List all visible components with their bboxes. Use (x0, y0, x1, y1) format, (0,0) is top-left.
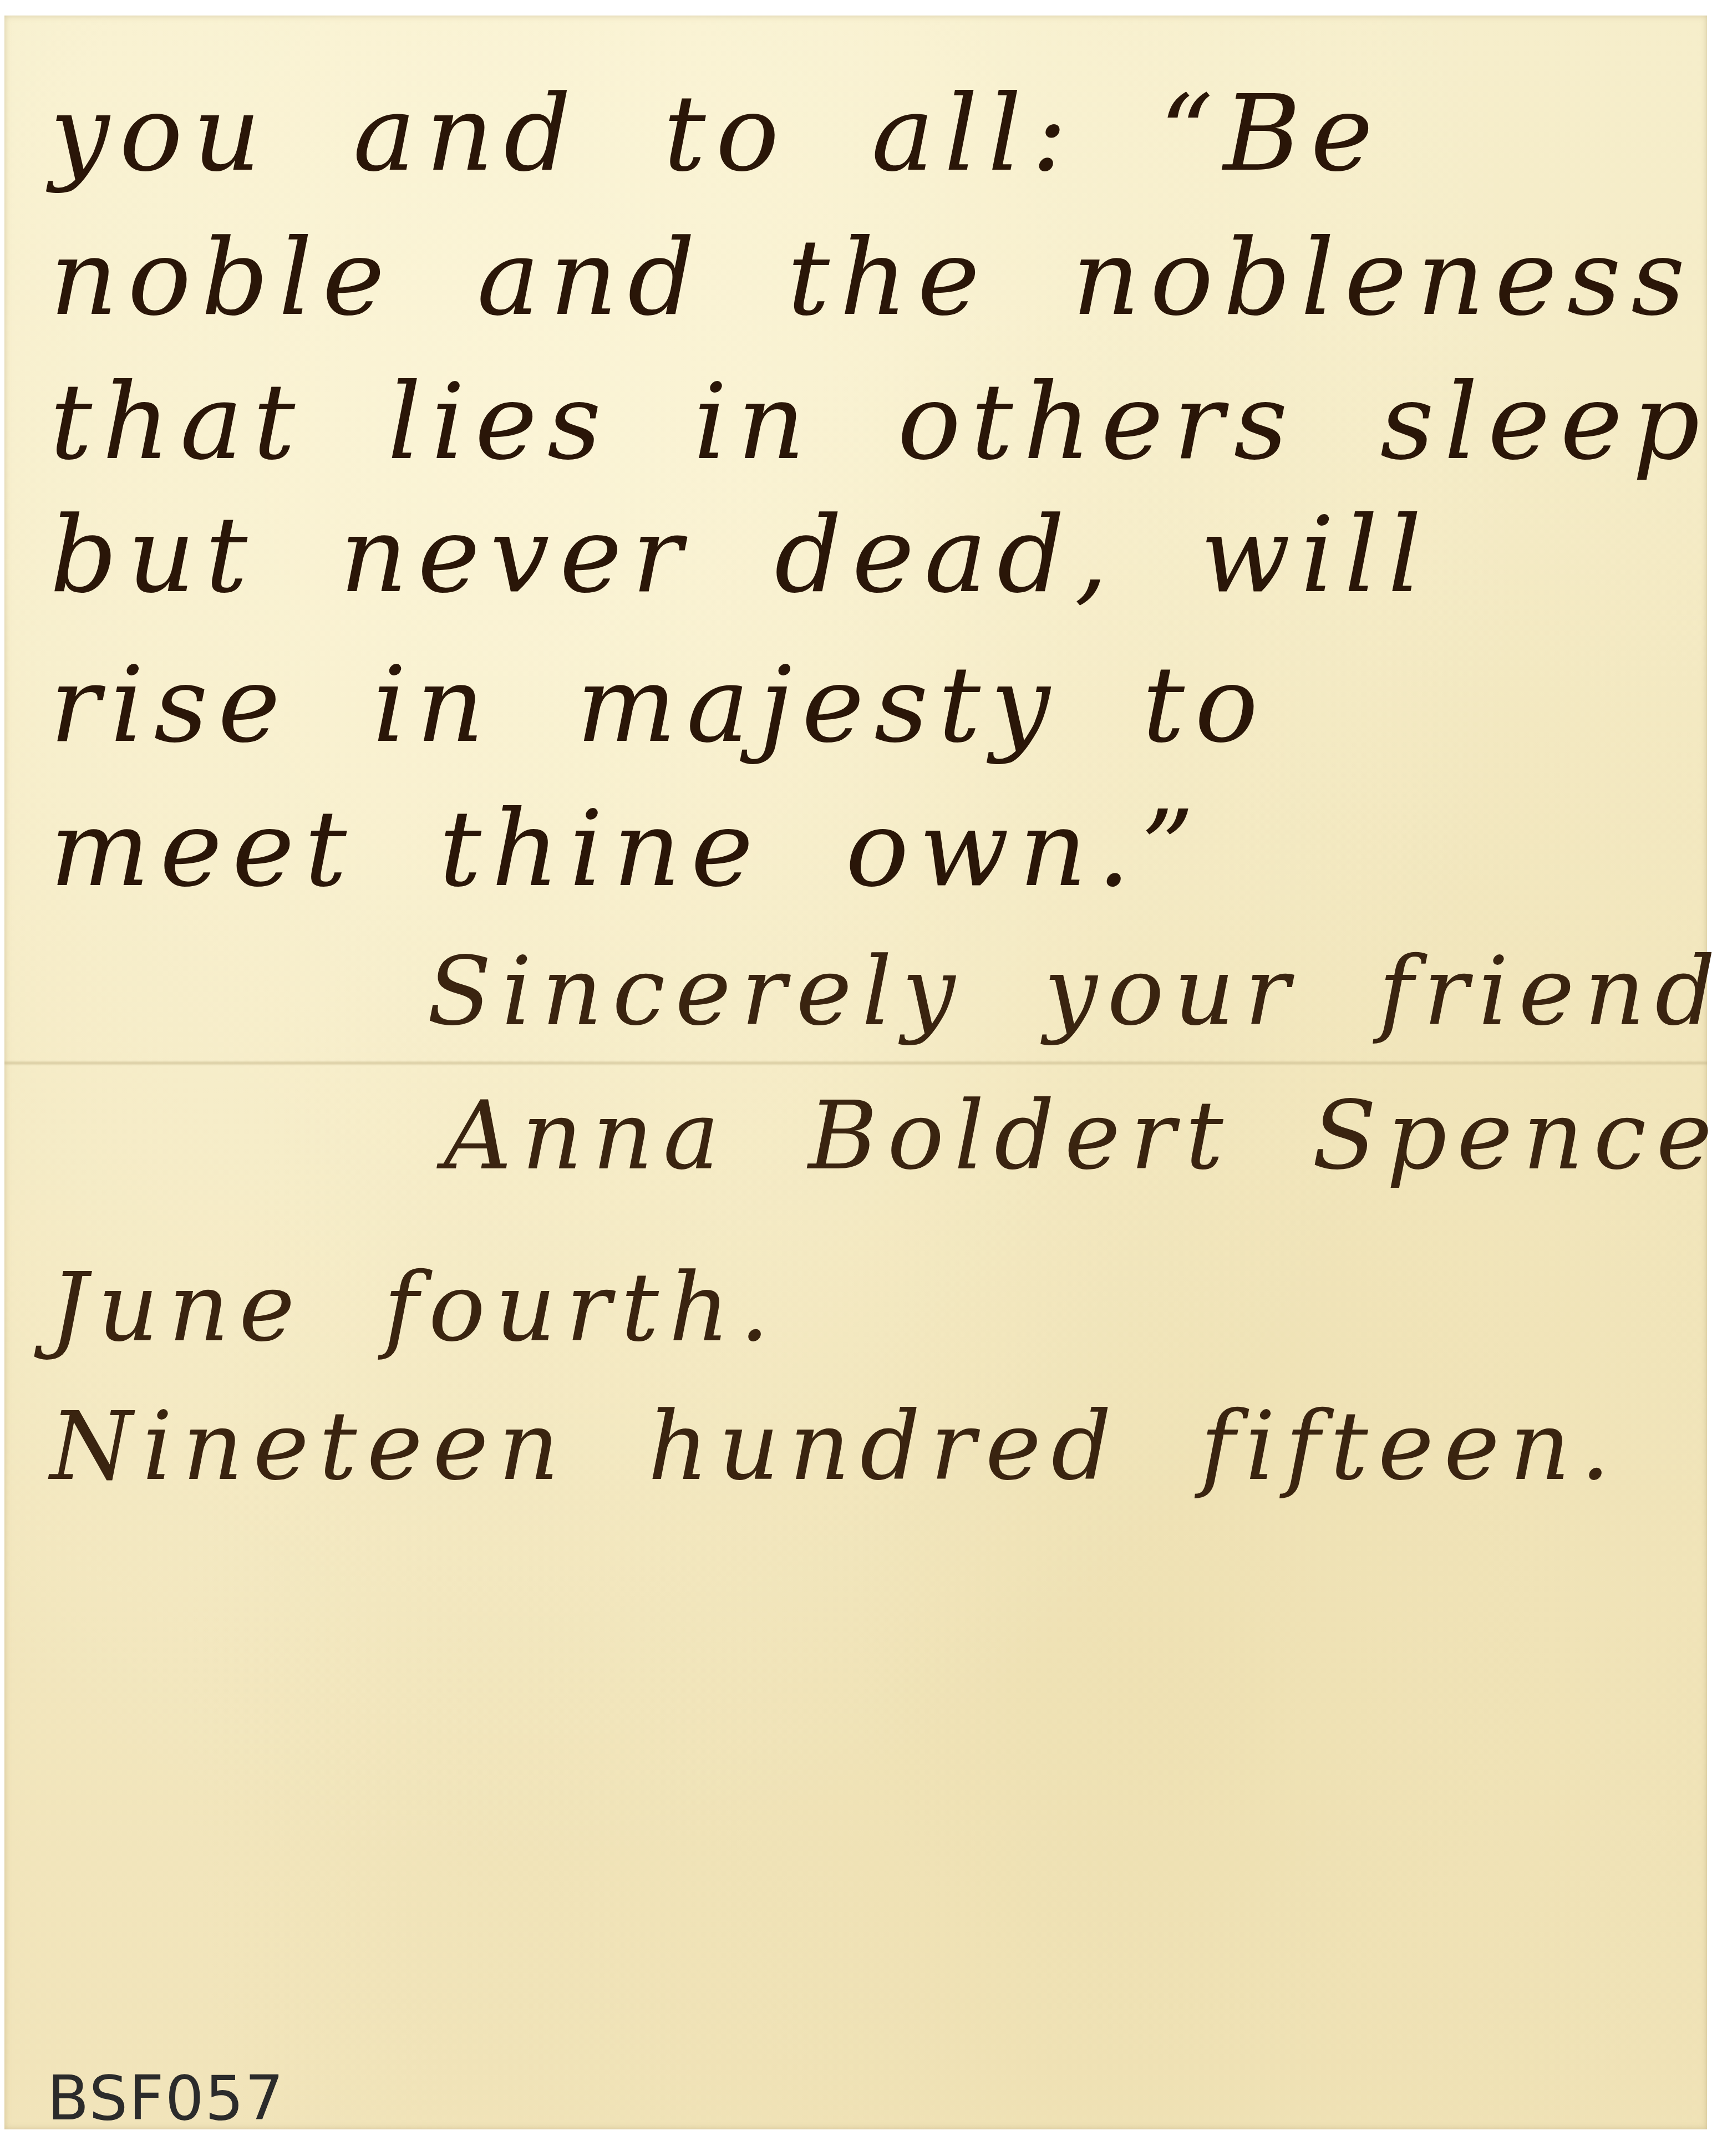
body-line-5: rise in majesty to (50, 643, 1268, 766)
date-line-2: Nineteen hundred fifteen. (50, 1392, 1620, 1502)
body-line-1: you and to all: “Be (50, 72, 1383, 195)
fold-crease (4, 1060, 1707, 1066)
signature: Anna Boldert Spence. (444, 1081, 1712, 1191)
catalog-number: BSF057 (47, 2063, 285, 2134)
body-line-4: but never dead, will (50, 494, 1431, 616)
body-line-3: that lies in others sleeping (50, 360, 1712, 483)
closing: Sincerely your friend (427, 937, 1712, 1047)
body-line-6: meet thine own.” (50, 787, 1204, 910)
date-line-1: June fourth. (50, 1253, 780, 1363)
body-line-2: noble and the nobleness (50, 216, 1695, 339)
